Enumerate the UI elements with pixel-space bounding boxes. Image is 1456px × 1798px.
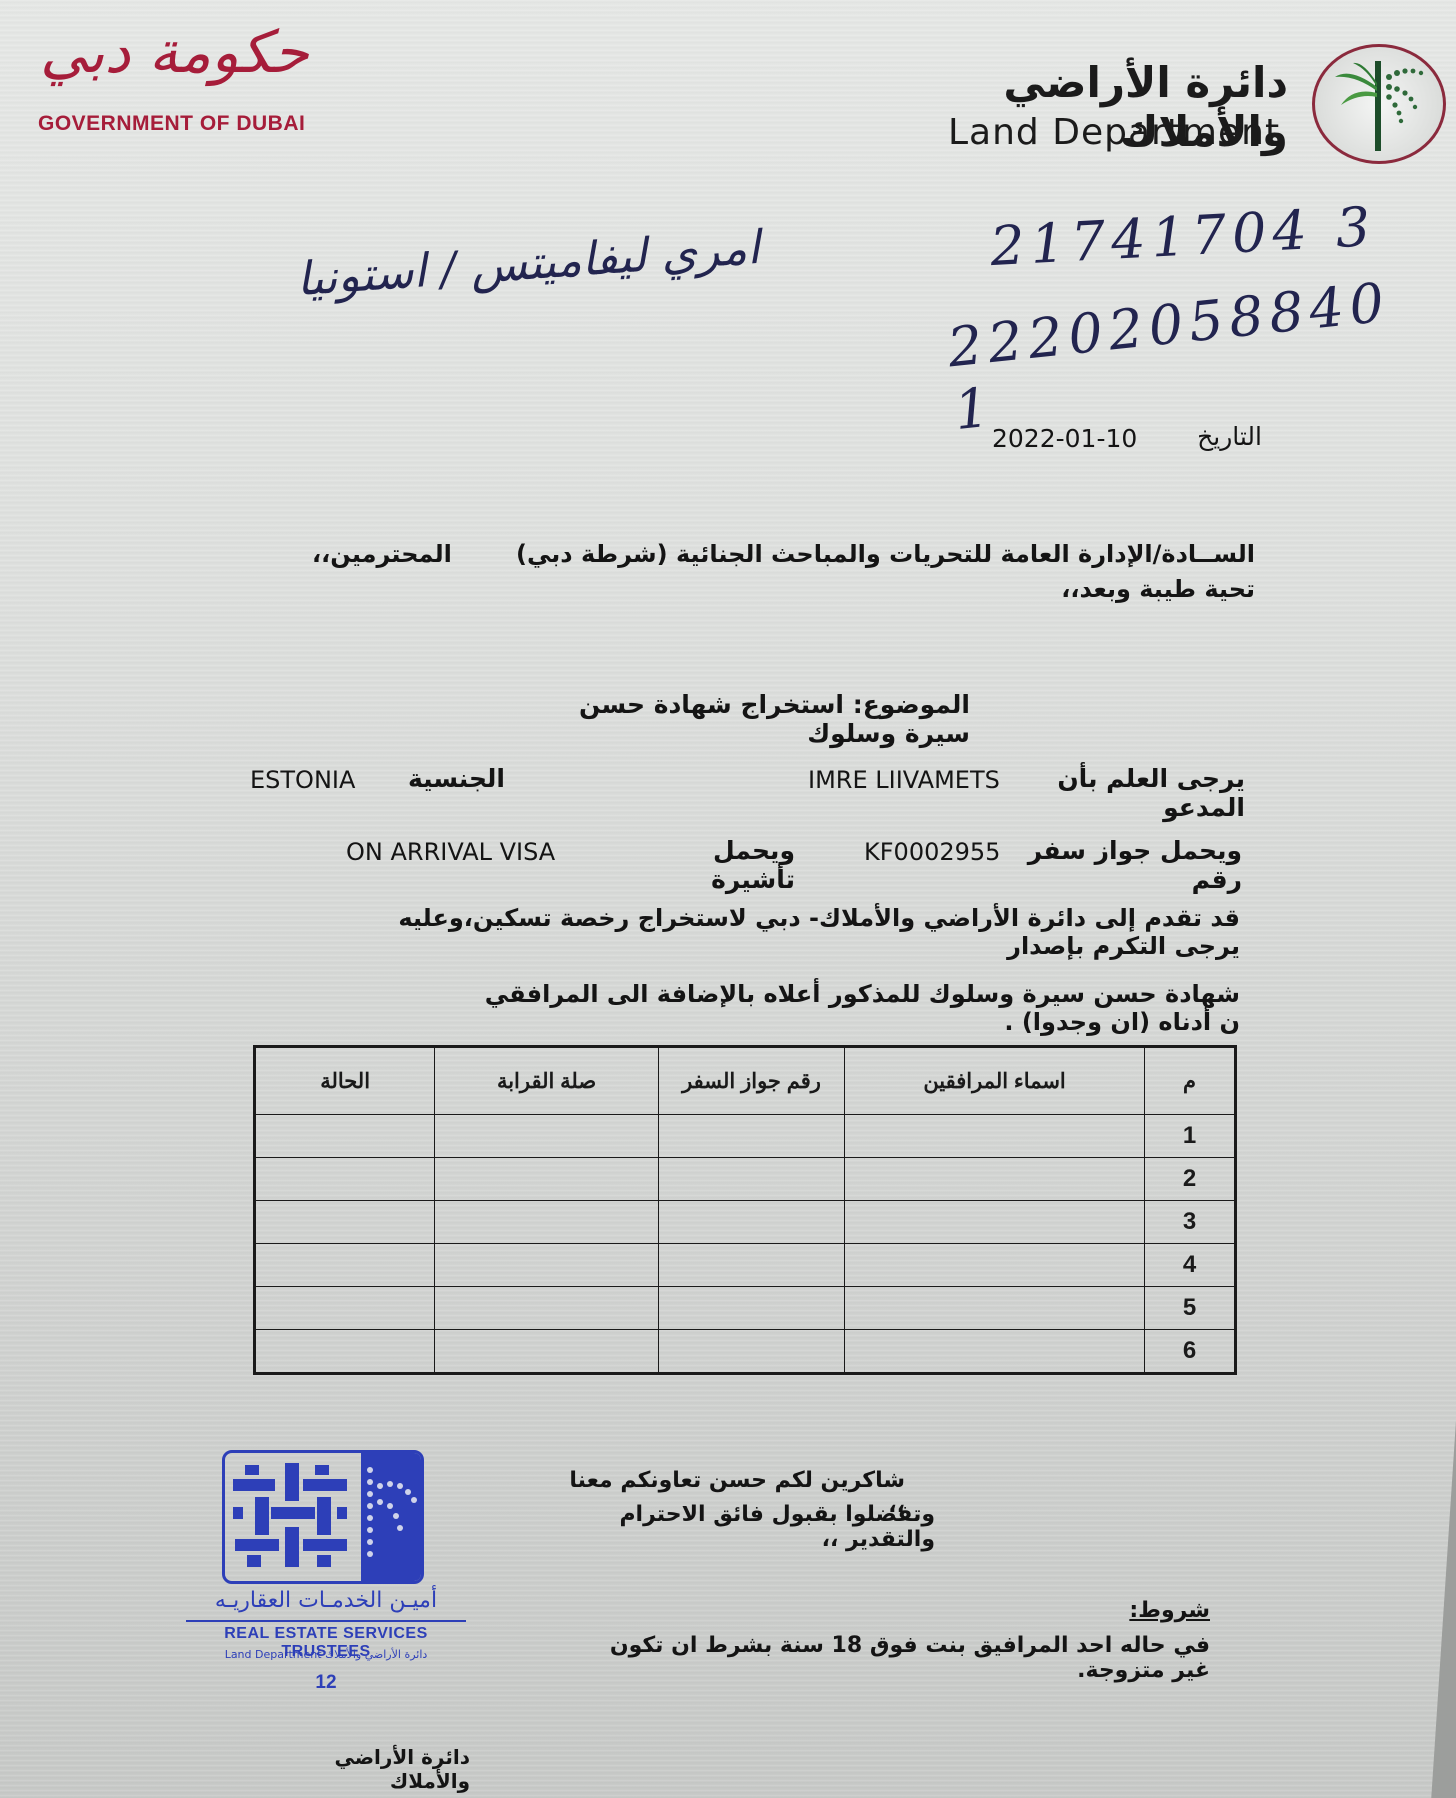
- table-row: 5: [256, 1287, 1235, 1330]
- stamp-divider: [186, 1620, 466, 1622]
- visa-type: ON ARRIVAL VISA: [346, 838, 555, 866]
- table-row: 2: [256, 1158, 1235, 1201]
- row-number: 1: [1145, 1115, 1235, 1158]
- government-logo-english: GOVERNMENT OF DUBAI: [38, 112, 305, 136]
- relation-cell: [435, 1330, 659, 1373]
- table-row: 3: [256, 1201, 1235, 1244]
- header-passport-number: رقم جواز السفر: [658, 1048, 844, 1115]
- row-number: 2: [1145, 1158, 1235, 1201]
- greeting: تحية طيبة وبعد،،: [900, 575, 1255, 603]
- row-number: 6: [1145, 1330, 1235, 1373]
- conditions-text: في حاله احد المرافيق بنت فوق 18 سنة بشرط…: [600, 1633, 1210, 1683]
- status-cell: [256, 1287, 435, 1330]
- status-cell: [256, 1244, 435, 1287]
- footer-department: دائرة الأراضي والأملاك: [260, 1745, 470, 1793]
- relation-cell: [435, 1244, 659, 1287]
- request-paragraph-line-1: قد تقدم إلى دائرة الأراضي والأملاك- دبي …: [340, 904, 1240, 960]
- companion-name-cell: [845, 1201, 1145, 1244]
- table-row: 1: [256, 1115, 1235, 1158]
- real-estate-trustees-stamp-icon: [222, 1450, 424, 1584]
- passport-cell: [658, 1244, 844, 1287]
- nationality-label: الجنسية: [415, 764, 505, 793]
- companions-table: م اسماء المرافقين رقم جواز السفر صلة الق…: [253, 1045, 1237, 1375]
- table-row: 4: [256, 1244, 1235, 1287]
- row-number: 4: [1145, 1244, 1235, 1287]
- companion-name-cell: [845, 1115, 1145, 1158]
- passport-cell: [658, 1201, 844, 1244]
- stamp-subtitle: Land Department دائرة الأراضي والأملاك: [186, 1648, 466, 1661]
- status-cell: [256, 1115, 435, 1158]
- relation-cell: [435, 1287, 659, 1330]
- passport-label: ويحمل جواز سفر رقم: [1000, 836, 1242, 894]
- companion-name-cell: [845, 1330, 1145, 1373]
- status-cell: [256, 1330, 435, 1373]
- applicant-name: IMRE LIIVAMETS: [808, 766, 1000, 794]
- addressee: الســادة/الإدارة العامة للتحريات والمباح…: [440, 540, 1255, 568]
- stamp-arabic-title: أميـن الخدمـات العقاريـه: [186, 1588, 466, 1613]
- row-number: 5: [1145, 1287, 1235, 1330]
- passport-cell: [658, 1287, 844, 1330]
- status-cell: [256, 1158, 435, 1201]
- relation-cell: [435, 1158, 659, 1201]
- stamp-number: 12: [186, 1672, 466, 1694]
- header-index: م: [1145, 1048, 1235, 1115]
- date-label: التاريخ: [1180, 422, 1262, 451]
- header-relationship: صلة القرابة: [435, 1048, 659, 1115]
- addressee-honorific: المحترمين،،: [312, 540, 452, 568]
- passport-number: KF0002955: [864, 838, 1000, 866]
- table-header-row: م اسماء المرافقين رقم جواز السفر صلة الق…: [256, 1048, 1235, 1115]
- government-logo-arabic: حكومة دبي: [40, 18, 309, 86]
- companion-name-cell: [845, 1158, 1145, 1201]
- subject-line: الموضوع: استخراج شهادة حسن سيرة وسلوك: [520, 690, 970, 748]
- land-department-english: Land Department: [948, 112, 1280, 153]
- status-cell: [256, 1201, 435, 1244]
- closing-line-2: وتفضلوا بقبول فائق الاحترام والتقدير ،،: [540, 1502, 935, 1552]
- row-number: 3: [1145, 1201, 1235, 1244]
- header-companion-names: اسماء المرافقين: [845, 1048, 1145, 1115]
- passport-cell: [658, 1115, 844, 1158]
- date-value: 2022-01-10: [992, 424, 1137, 453]
- relation-cell: [435, 1201, 659, 1244]
- passport-cell: [658, 1330, 844, 1373]
- visa-label: ويحمل تأشيرة: [660, 836, 795, 894]
- request-paragraph-line-2: شهادة حسن سيرة وسلوك للمذكور أعلاه بالإض…: [460, 980, 1240, 1036]
- palm-tree-emblem-icon: [1312, 44, 1446, 164]
- relation-cell: [435, 1115, 659, 1158]
- applicant-label: يرجى العلم بأن المدعو: [1030, 764, 1245, 822]
- companion-name-cell: [845, 1244, 1145, 1287]
- passport-cell: [658, 1158, 844, 1201]
- header-status: الحالة: [256, 1048, 435, 1115]
- nationality-value: ESTONIA: [250, 766, 355, 794]
- companion-name-cell: [845, 1287, 1145, 1330]
- table-row: 6: [256, 1330, 1235, 1373]
- conditions-title: شروط:: [1140, 1598, 1210, 1623]
